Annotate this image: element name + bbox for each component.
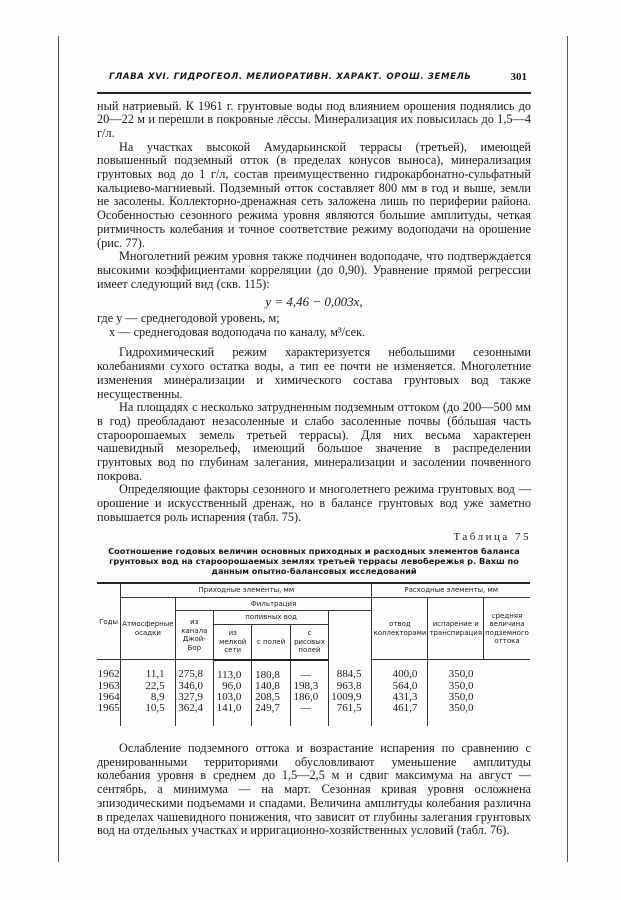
chapter-title: ГЛАВА XVI. ГИДРОГЕОЛ. МЕЛИОРАТИВН. ХАРАК…	[109, 72, 471, 82]
table-cell-canal: 275,8	[175, 660, 213, 681]
paragraph: На площадях с несколько затрудненным под…	[97, 401, 531, 483]
table-cell-collectors: 884,5	[329, 660, 372, 681]
table-cell-outflow: 350,0	[428, 660, 484, 681]
table-row: 196211,1275,8113,0180,8—884,5400,0350,0	[97, 660, 530, 681]
table-row: 196510,5362,4141,0249,7—761,5461,7350,0	[97, 703, 530, 726]
table-caption: Таблица 75	[97, 531, 531, 543]
page-edge-left	[58, 36, 59, 862]
table-cell-year: 1962	[97, 660, 121, 681]
table-cell-outflow: 350,0	[428, 703, 484, 726]
header-atmospheric: Атмосферные осадки	[121, 597, 175, 660]
balance-table: Годы Приходные элементы, мм Расходные эл…	[97, 582, 530, 726]
table-cell-atmospheric: 11,1	[121, 660, 175, 681]
header-evapotranspiration: испарение и транспирация	[428, 597, 484, 660]
table-cell-evap: 400,0	[372, 660, 428, 681]
table-cell-small-network: 113,0	[214, 660, 252, 681]
table-cell-year: 1965	[97, 703, 121, 726]
page-number: 301	[511, 71, 528, 83]
header-rice-fields: с рисовых полей	[290, 624, 328, 660]
header-irrigation-water: поливных вод	[214, 611, 329, 625]
table-cell-atmospheric: 22,5	[121, 681, 175, 692]
header-from-fields: с полей	[252, 624, 290, 660]
page-edge-right	[567, 36, 568, 862]
paragraph: Многолетний режим уровня также подчинен …	[97, 250, 531, 291]
table-cell-rice: —	[290, 660, 328, 681]
formula-legend-x: x — среднегодовая водоподача по каналу, …	[97, 326, 531, 340]
header-outgo: Расходные элементы, мм	[372, 583, 530, 597]
header-rule	[97, 92, 531, 94]
paragraph: Определяющие факторы сезонного и многоле…	[97, 483, 531, 524]
paragraph: Гидрохимический режим характеризуется не…	[97, 346, 531, 401]
table-title: Соотношение годовых величин основных при…	[97, 546, 531, 577]
header-filtration: Фильтрация	[175, 597, 372, 611]
table-cell-evap: 461,7	[372, 703, 428, 726]
paragraph: На участках высокой Амударьинской террас…	[97, 141, 531, 251]
table-cell-canal: 362,4	[175, 703, 213, 726]
header-canal: из канала Джой-Бор	[175, 611, 213, 660]
table-cell-atmospheric: 10,5	[121, 703, 175, 726]
body-text: ный натриевый. К 1961 г. грунтовые воды …	[97, 100, 531, 525]
regression-formula: y = 4,46 − 0,003x,	[97, 295, 531, 309]
running-head: ГЛАВА XVI. ГИДРОГЕОЛ. МЕЛИОРАТИВН. ХАРАК…	[97, 62, 531, 84]
paragraph: ный натриевый. К 1961 г. грунтовые воды …	[97, 100, 531, 141]
table-cell-collectors: 761,5	[329, 703, 372, 726]
formula-legend-y: где y — среднегодовой уровень, м;	[97, 312, 531, 326]
header-years: Годы	[97, 583, 121, 660]
header-outflow: средняя величина подземного оттока	[484, 597, 530, 660]
book-page: ГЛАВА XVI. ГИДРОГЕОЛ. МЕЛИОРАТИВН. ХАРАК…	[97, 62, 531, 838]
header-income: Приходные элементы, мм	[121, 583, 372, 597]
formula-legend: где y — среднегодовой уровень, м; x — ср…	[97, 312, 531, 339]
table-cell-fields: 180,8	[252, 660, 290, 681]
body-text-after: Ослабление подземного оттока и возрастан…	[97, 742, 531, 838]
table-cell-rice: —	[290, 703, 328, 726]
paragraph: Ослабление подземного оттока и возрастан…	[97, 742, 531, 838]
table-cell-small-network: 141,0	[214, 703, 252, 726]
header-collectors: отвод коллекторами	[372, 597, 428, 660]
header-small-network: из мелкой сети	[214, 624, 252, 660]
table-cell-fields: 249,7	[252, 703, 290, 726]
